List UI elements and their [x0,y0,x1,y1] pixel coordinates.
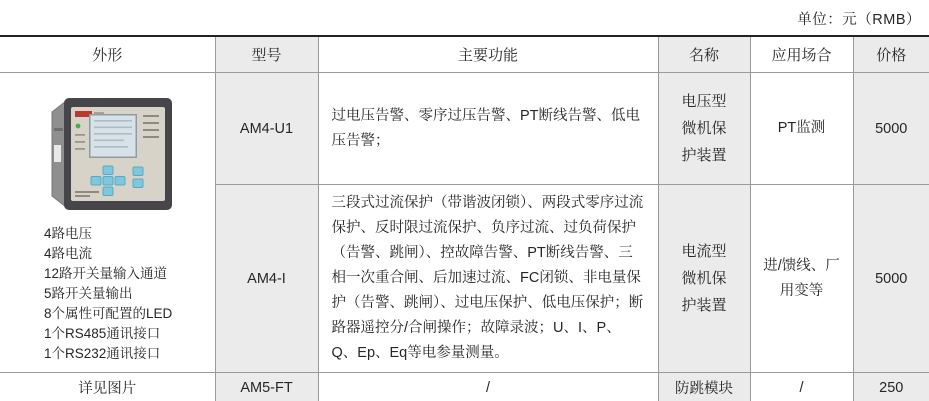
header-model: 型号 [215,36,318,73]
device-specs: 4路电压 4路电流 12路开关量输入通道 5路开关量输出 8个属性可配置的LED… [0,224,215,364]
header-price: 价格 [853,36,929,73]
model-cell: AM5-FT [215,373,318,401]
price-table: 外形 型号 主要功能 名称 应用场合 价格 [0,35,929,401]
functions-cell: / [318,373,658,401]
header-name: 名称 [658,36,750,73]
header-appearance: 外形 [0,36,215,73]
appearance-note-cell: 详见图片 [0,373,215,401]
model-cell: AM4-U1 [215,73,318,185]
table-row: 4路电压 4路电流 12路开关量输入通道 5路开关量输出 8个属性可配置的LED… [0,73,929,185]
name-cell: 防跳模块 [658,373,750,401]
application-cell: 进/馈线、厂用变等 [750,185,853,373]
device-photo [44,88,176,220]
header-functions: 主要功能 [318,36,658,73]
functions-cell: 三段式过流保护（带谐波闭锁）、两段式零序过流保护、反时限过流保护、负序过流、过负… [318,185,658,373]
unit-note: 单位：元（RMB） [0,0,929,35]
name-cell: 电流型微机保护装置 [658,185,750,373]
header-row: 外形 型号 主要功能 名称 应用场合 价格 [0,36,929,73]
price-cell: 5000 [853,73,929,185]
header-application: 应用场合 [750,36,853,73]
application-cell: / [750,373,853,401]
functions-cell: 过电压告警、零序过压告警、PT断线告警、低电压告警； [318,73,658,185]
model-cell: AM4-I [215,185,318,373]
relay-device-icon [44,88,176,216]
name-cell: 电压型微机保护装置 [658,73,750,185]
price-cell: 5000 [853,185,929,373]
table-row: 详见图片 AM5-FT / 防跳模块 / 250 [0,373,929,401]
application-cell: PT监测 [750,73,853,185]
price-cell: 250 [853,373,929,401]
appearance-cell: 4路电压 4路电流 12路开关量输入通道 5路开关量输出 8个属性可配置的LED… [0,73,215,373]
